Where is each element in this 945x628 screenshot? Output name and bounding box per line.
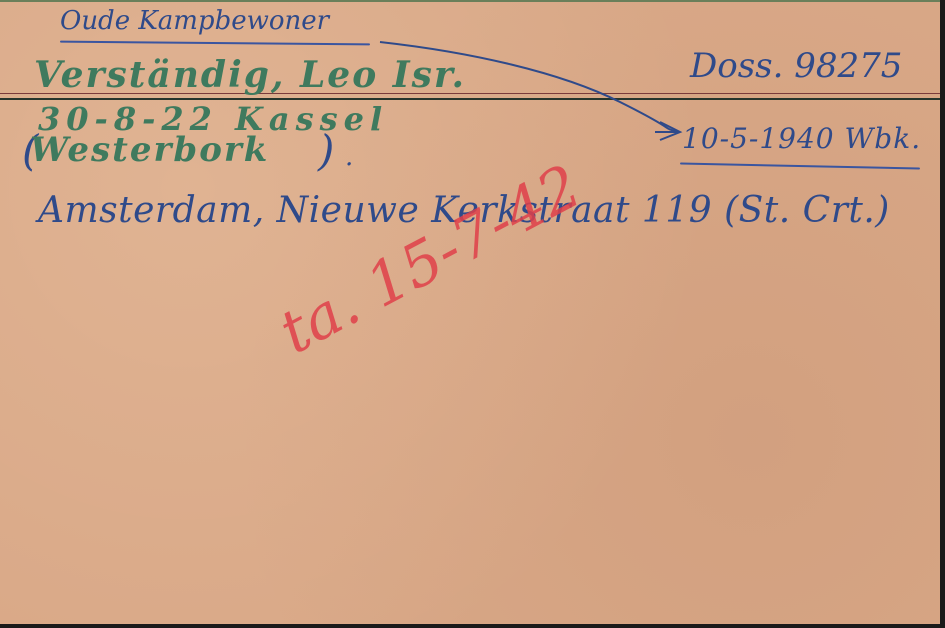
arrow-icon [0, 2, 945, 628]
index-card: Oude Kampbewoner Verständig, Leo Isr. 30… [0, 0, 940, 624]
